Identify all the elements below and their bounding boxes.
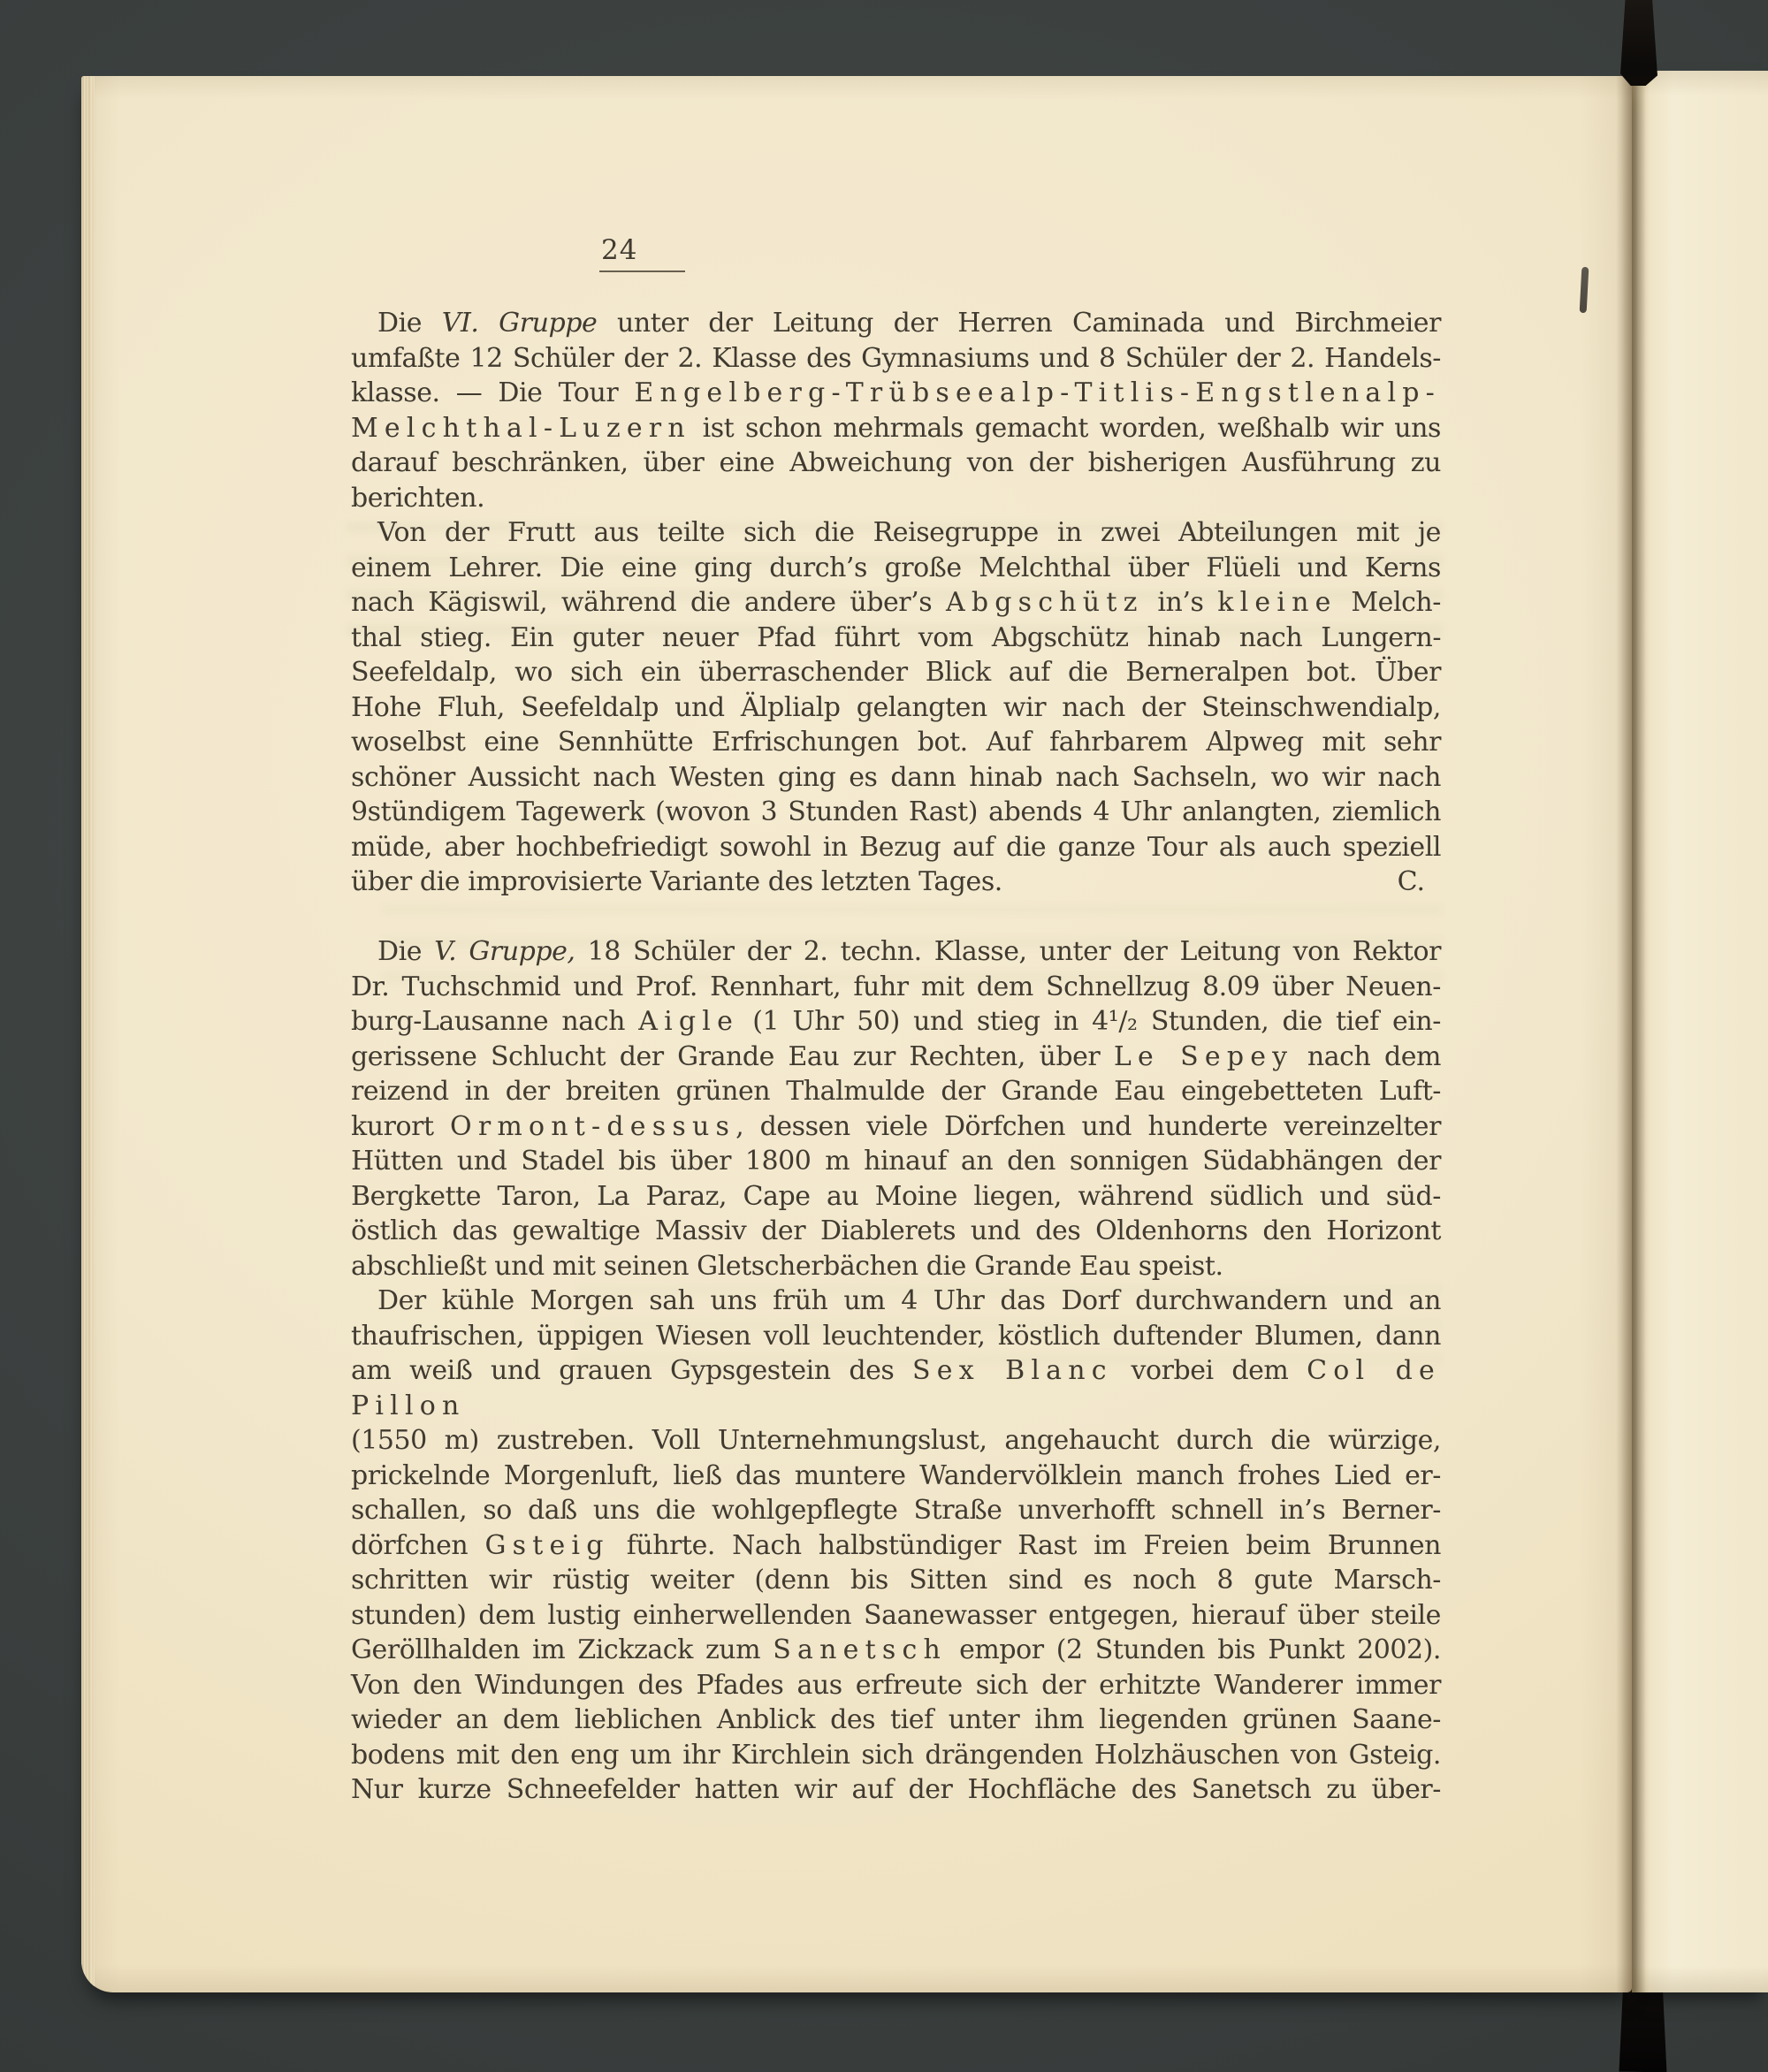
text-block: Die VI. Gruppe unter der Leitung der Her…: [351, 306, 1441, 1808]
text-line: bodens mit den eng um ihr Kirchlein sich…: [351, 1738, 1441, 1773]
page-number-text: 24: [601, 234, 637, 266]
text-line: über die improvisierte Variante des letz…: [351, 865, 1441, 900]
text-line: wieder an dem lieblichen Anblick des tie…: [351, 1703, 1441, 1738]
text-line: darauf beschränken, über eine Abweichung…: [351, 446, 1441, 481]
facing-page-edge: [1632, 71, 1768, 1992]
text-line: Von der Frutt aus teilte sich die Reiseg…: [351, 515, 1441, 551]
text-line: abschließt und mit seinen Gletscherbäche…: [351, 1249, 1441, 1284]
text-line: thaufrischen, üppigen Wiesen voll leucht…: [351, 1319, 1441, 1354]
text-line: prickelnde Morgenluft, ließ das muntere …: [351, 1459, 1441, 1494]
text-line: dörfchen Gsteig führte. Nach halbstündig…: [351, 1528, 1441, 1564]
paragraph: Die VI. Gruppe unter der Leitung der Her…: [351, 306, 1441, 515]
text-line: Hohe Fluh, Seefeldalp und Älplialp gelan…: [351, 690, 1441, 726]
text-line: 9stündigem Tagewerk (wovon 3 Stunden Ras…: [351, 795, 1441, 830]
text-line: schritten wir rüstig weiter (denn bis Si…: [351, 1563, 1441, 1598]
text-line: Nur kurze Schneefelder hatten wir auf de…: [351, 1772, 1441, 1808]
text-line: stunden) dem lustig einherwellenden Saan…: [351, 1598, 1441, 1634]
page-fore-edge: [81, 76, 95, 1992]
text-line: Die VI. Gruppe unter der Leitung der Her…: [351, 306, 1441, 341]
text-line: reizend in der breiten grünen Thalmulde …: [351, 1074, 1441, 1109]
bookmark-ribbon-bottom: [1619, 1982, 1667, 2072]
text-line: klasse. — Die Tour Engelberg-Trübseealp-…: [351, 376, 1441, 411]
text-line: berichten.: [351, 481, 1441, 516]
text-line: müde, aber hochbefriedigt sowohl in Bezu…: [351, 830, 1441, 865]
text-line: Hütten und Stadel bis über 1800 m hinauf…: [351, 1144, 1441, 1179]
text-line: Bergkette Taron, La Paraz, Cape au Moine…: [351, 1179, 1441, 1215]
paragraph: Der kühle Morgen sah uns früh um 4 Uhr d…: [351, 1284, 1441, 1808]
page-number: 24: [599, 237, 685, 272]
text-line: einem Lehrer. Die eine ging durch’s groß…: [351, 551, 1441, 586]
text-line: Dr. Tuchschmid und Prof. Rennhart, fuhr …: [351, 970, 1441, 1005]
text-line: gerissene Schlucht der Grande Eau zur Re…: [351, 1040, 1441, 1075]
text-line: kurort Ormont-dessus, dessen viele Dörfc…: [351, 1109, 1441, 1145]
text-line: Melchthal-Luzern ist schon mehrmals gema…: [351, 411, 1441, 446]
text-line: (1550 m) zustreben. Voll Unternehmungslu…: [351, 1423, 1441, 1459]
text-line: östlich das gewaltige Massiv der Diabler…: [351, 1214, 1441, 1249]
text-line: burg-Lausanne nach Aigle (1 Uhr 50) und …: [351, 1004, 1441, 1040]
text-line: Von den Windungen des Pfades aus erfreut…: [351, 1668, 1441, 1703]
text-line: am weiß und grauen Gypsgestein des Sex B…: [351, 1353, 1441, 1423]
text-line: Geröllhalden im Zickzack zum Sanetsch em…: [351, 1633, 1441, 1668]
text-line: Der kühle Morgen sah uns früh um 4 Uhr d…: [351, 1284, 1441, 1319]
scanned-book-photo: { "colors": { "paper": "#f2e7cb", "backg…: [0, 0, 1768, 2072]
text-line: nach Kägiswil, während die andere über’s…: [351, 585, 1441, 621]
paragraph: Von der Frutt aus teilte sich die Reiseg…: [351, 515, 1441, 900]
text-line: schöner Aussicht nach Westen ging es dan…: [351, 760, 1441, 796]
text-line: thal stieg. Ein guter neuer Pfad führt v…: [351, 621, 1441, 656]
bookmark-ribbon-top: [1620, 0, 1657, 86]
text-line: umfaßte 12 Schüler der 2. Klasse des Gym…: [351, 341, 1441, 377]
ink-speck: [1580, 267, 1589, 313]
text-line: schallen, so daß uns die wohlgepflegte S…: [351, 1493, 1441, 1528]
book-page: 24 Die VI. Gruppe unter der Leitung der …: [81, 76, 1632, 1992]
signature-initial: C.: [1398, 865, 1425, 900]
text-line: Die V. Gruppe, 18 Schüler der 2. techn. …: [351, 934, 1441, 970]
text-line: woselbst eine Sennhütte Erfrischungen bo…: [351, 725, 1441, 760]
paragraph: Die V. Gruppe, 18 Schüler der 2. techn. …: [351, 934, 1441, 1284]
text-line: Seefeldalp, wo sich ein überraschender B…: [351, 655, 1441, 690]
